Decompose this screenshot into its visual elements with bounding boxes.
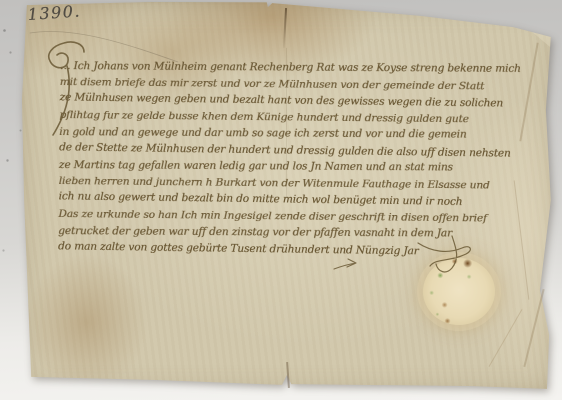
manuscript-line: … Ich Johans von Mülnheim genant Rechenb… — [60, 58, 500, 77]
manuscript-line: ze Martins tag gefallen waren ledig gar … — [59, 157, 499, 176]
photo-background: 1390. … Ich Johans von Mülnheim genant R… — [0, 0, 562, 400]
archival-year-label: 1390. — [27, 1, 82, 24]
wax-seal-stain — [423, 258, 495, 325]
manuscript-text-block: … Ich Johans von Mülnheim genant Rechenb… — [58, 57, 500, 260]
